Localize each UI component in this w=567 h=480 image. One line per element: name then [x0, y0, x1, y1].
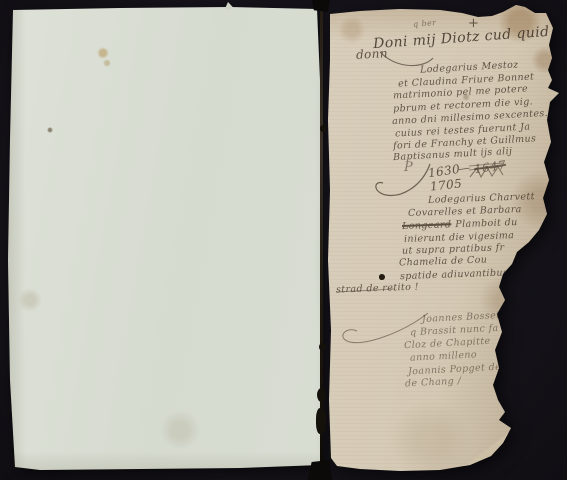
entry-heading: Doni mij Diotz cud quid [373, 24, 550, 52]
top-annotation: q ber [413, 18, 437, 29]
entry2-line: ut supra pratibus fr [402, 242, 505, 257]
entry2-line: strad de retito ! [336, 282, 419, 296]
entry1-paraph-mark: P [404, 160, 413, 175]
binding-tab-bottom [308, 460, 332, 480]
heading-word: donn [356, 46, 389, 62]
struck-word: Longeard [402, 219, 452, 232]
binding-tab-top [312, 0, 330, 12]
entry3-line: anno milleno [410, 349, 478, 363]
spine-stitch [316, 408, 326, 434]
date-new: 1705 [429, 176, 462, 193]
spine-stitch [317, 388, 326, 402]
spine-stitch [319, 343, 326, 351]
scan-background: q ber + Doni mij Diotz cud quid donn Lod… [0, 0, 567, 480]
entry3-line: de Chang / [405, 376, 462, 390]
entry2-line-rest: Plamboit du [455, 217, 518, 230]
entry3-line: Cloz de Chapitte [404, 336, 491, 352]
flourish-stroke [376, 164, 430, 195]
date-dash: — [457, 160, 471, 176]
date-scribble: 1647 [473, 158, 507, 176]
entry2-line: Chamelia de Cou [399, 254, 488, 268]
entry2-line: spatide adiuvantibus he [400, 267, 524, 282]
ink-blot [379, 274, 385, 280]
right-page-shadow: q ber + Doni mij Diotz cud quid donn Lod… [0, 0, 567, 480]
spine-stitch [320, 125, 326, 132]
right-page: q ber + Doni mij Diotz cud quid donn Lod… [0, 0, 567, 480]
